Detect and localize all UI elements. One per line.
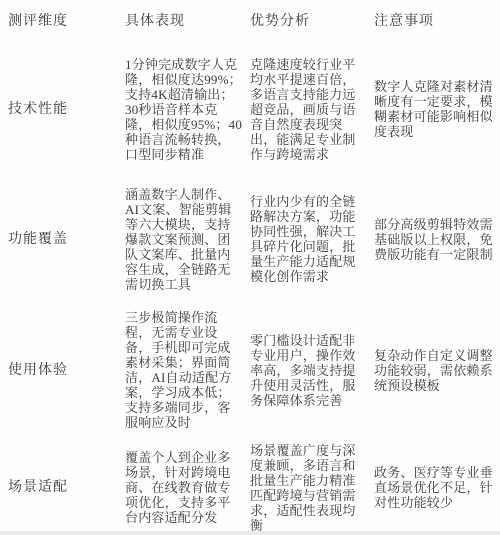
row-1-advantage-cell: 克隆速度较行业平均水平提速百倍，多语言支持能力远超竞品，画质与语音自然度表现突出… xyxy=(250,40,374,178)
evaluation-table: 测评维度 具体表现 优势分析 注意事项 技术性能 1分钟完成数字人克隆，相似度达… xyxy=(0,0,500,535)
row-4-advantage-cell: 场景覆盖广度与深度兼顾，多语言和批量生产能力精准匹配跨境与营销需求，适配性表现均… xyxy=(250,440,374,535)
row-3-advantage-cell: 零门槛设计适配非专业用户，操作效率高，多端支持提升使用灵活性，服务保障体系完善 xyxy=(250,300,374,440)
column-header-performance: 具体表现 xyxy=(125,0,250,40)
row-2-performance-cell: 涵盖数字人制作、AI文案、智能剪辑等六大模块，支持爆款文案预测、团队文案库、批量… xyxy=(125,178,250,300)
row-3-performance-cell: 三步极简操作流程，无需专业设备，手机即可完成素材采集；界面简洁，AI自动适配方案… xyxy=(125,300,250,440)
bottom-edge-divider xyxy=(0,531,500,535)
row-4-caution-cell: 政务、医疗等专业垂直场景优化不足，针对性功能较少 xyxy=(374,440,500,535)
row-1-dimension-label: 技术性能 xyxy=(0,40,125,178)
row-4-performance-cell: 覆盖个人到企业多场景，针对跨境电商、在线教育做专项优化，支持多平台内容适配分发 xyxy=(125,440,250,535)
column-header-dimension: 测评维度 xyxy=(0,0,125,40)
row-4-dimension-label: 场景适配 xyxy=(0,440,125,535)
evaluation-table-page: 测评维度 具体表现 优势分析 注意事项 技术性能 1分钟完成数字人克隆，相似度达… xyxy=(0,0,500,535)
row-1-caution-cell: 数字人克隆对素材清晰度有一定要求，模糊素材可能影响相似度表现 xyxy=(374,40,500,178)
row-2-advantage-cell: 行业内少有的全链路解决方案，功能协同性强，解决工具碎片化问题，批量生产能力适配规… xyxy=(250,178,374,300)
row-1-performance-cell: 1分钟完成数字人克隆，相似度达99%；支持4K超清输出；30秒语音样本克隆，相似… xyxy=(125,40,250,178)
column-header-caution: 注意事项 xyxy=(374,0,500,40)
row-3-caution-cell: 复杂动作自定义调整功能较弱，需依赖系统预设模板 xyxy=(374,300,500,440)
row-2-caution-cell: 部分高级剪辑特效需基础版以上权限，免费版功能有一定限制 xyxy=(374,178,500,300)
row-2-dimension-label: 功能覆盖 xyxy=(0,178,125,300)
column-header-advantage: 优势分析 xyxy=(250,0,374,40)
row-3-dimension-label: 使用体验 xyxy=(0,300,125,440)
